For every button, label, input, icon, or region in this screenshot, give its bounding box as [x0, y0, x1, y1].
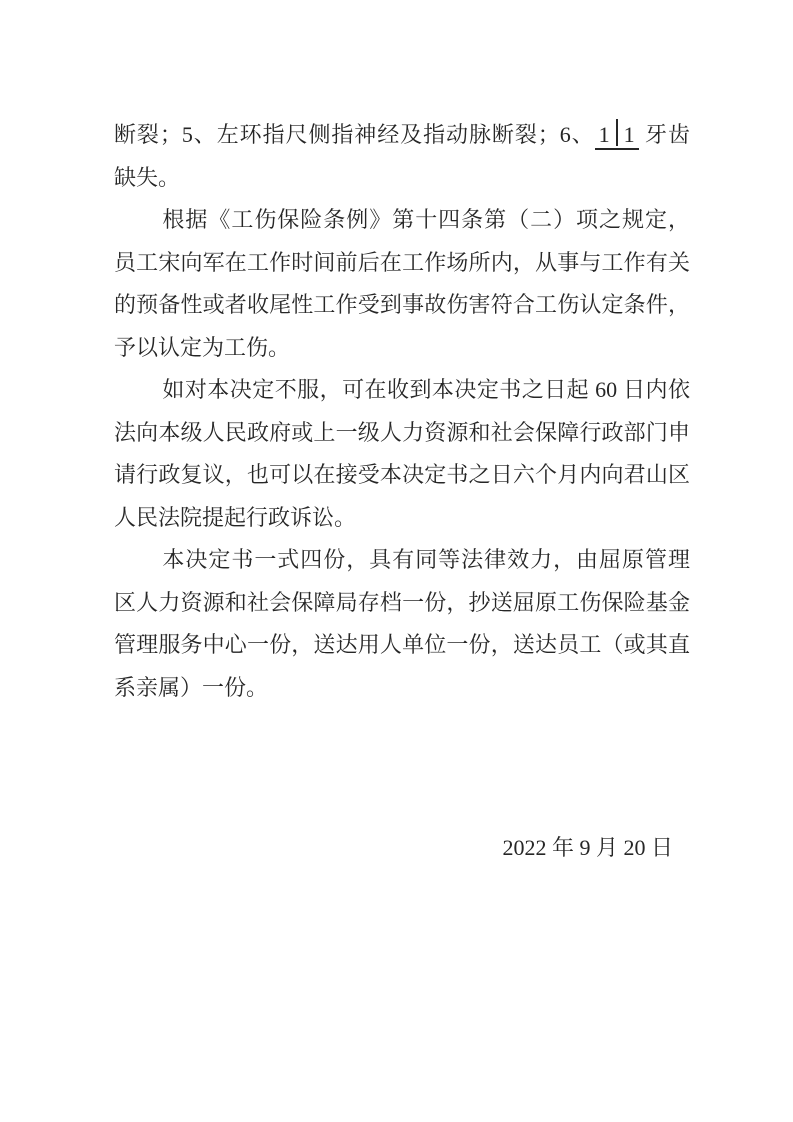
paragraph-appeal-rights: 如对本决定不服，可在收到本决定书之日起 60 日内依法向本级人民政府或上一级人力…: [114, 369, 690, 539]
dental-left-tooth-number: 1: [599, 123, 610, 147]
dental-right-tooth-number: 1: [624, 123, 635, 147]
document-date: 2022 年 9 月 20 日: [502, 827, 673, 870]
dental-separator-line: [616, 119, 618, 146]
paragraph-copies-distribution: 本决定书一式四份，具有同等法律效力，由屈原管理区人力资源和社会保障局存档一份，抄…: [114, 539, 690, 709]
paragraph-injury-list-continued: 断裂；5、左环指尺侧指神经及指动脉断裂；6、11 牙齿缺失。: [114, 114, 690, 199]
dental-notation: 11: [595, 119, 639, 150]
injury-list-text-before-dental: 断裂；5、左环指尺侧指神经及指动脉断裂；6、: [114, 122, 595, 147]
document-page: 断裂；5、左环指尺侧指神经及指动脉断裂；6、11 牙齿缺失。 根据《工伤保险条例…: [0, 0, 793, 1122]
paragraph-determination-basis: 根据《工伤保险条例》第十四条第（二）项之规定，员工宋向军在工作时间前后在工作场所…: [114, 199, 690, 369]
